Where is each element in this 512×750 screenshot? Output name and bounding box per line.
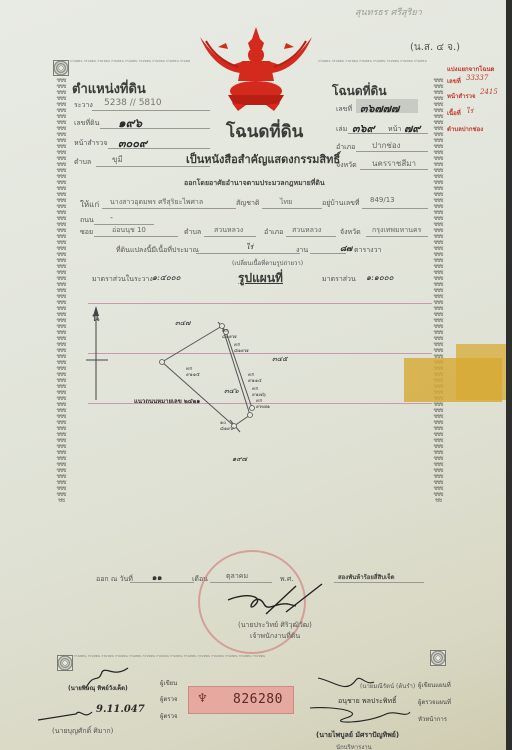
ngan-label: งาน: [296, 245, 308, 256]
owner-tambon-value: สวนหลวง: [214, 225, 243, 236]
neighbor-parcel-3: ๑๙๗: [232, 454, 247, 465]
footer-right-role3: หัวหน้าการ: [418, 714, 447, 724]
serial-stamp: ♆ 826280: [188, 686, 294, 714]
form-code: (น.ส. ๔ จ.): [410, 40, 460, 55]
side-register-label4: เนื้อที่: [447, 108, 461, 118]
corner-rosette-br: [430, 650, 446, 666]
map-scale-value: ๑:๑๐๐๐: [366, 271, 394, 284]
day-underline: [130, 582, 194, 583]
document-title: โฉนดที่ดิน: [226, 118, 303, 145]
footer-left-role3: ผู้ตรวจ: [160, 711, 178, 721]
area-wa-value: ๘๗: [340, 242, 352, 255]
owner-province-underline: [366, 236, 428, 237]
map-marker-7: ๑๐๘๑๙๙: [220, 420, 234, 432]
footer-left-role2: ผู้ตรวจ: [160, 694, 178, 704]
house-no-value: 849/13: [370, 196, 395, 204]
corner-rosette-bl: [57, 655, 73, 671]
rawang-underline: [92, 110, 210, 111]
yellow-tape-2: [456, 344, 506, 400]
footer-right-role2: ผู้ตรวจแผนที่: [418, 697, 451, 707]
road-label: ถนน: [80, 215, 94, 226]
land-no-label: เลขที่ดิน: [74, 118, 99, 129]
rawang-value: 5238 // 5810: [104, 98, 162, 108]
side-register-label3: หน้าสำรวจ: [447, 91, 476, 101]
north-label: น: [92, 308, 100, 326]
amphoe-underline: [356, 151, 428, 152]
side-register-value3: 2415: [480, 88, 498, 96]
province-underline: [360, 169, 428, 170]
side-register-line1: แบ่งแยกจากโฉนด: [447, 64, 494, 74]
side-register-value2: 33337: [466, 74, 488, 82]
neighbor-parcel-1: ๓๔๗: [175, 318, 190, 329]
neighbor-parcel-2: ๓๔๕: [272, 354, 287, 365]
owner-amphoe-underline: [286, 236, 336, 237]
top-faint-note: สุนทรธร ศรีสุริยา: [355, 5, 422, 19]
signer-name: (นายประวิทย์ ศิริวุฒิวัฒ): [238, 620, 312, 631]
scan-edge: [506, 0, 512, 750]
rawang-scale-label: มาตราส่วนในระวาง: [92, 274, 153, 285]
issued-by: ออกโดยอาศัยอำนาจตามประมวลกฎหมายที่ดิน: [184, 178, 325, 189]
chief-signature: [306, 704, 416, 726]
corner-rosette-tl: [53, 60, 69, 76]
map-marker-3: ๓ก๙๑๑๕: [186, 366, 200, 378]
footer-left-role1: ผู้เขียน: [160, 678, 177, 688]
area-label: ที่ดินแปลงนี้มีเนื้อที่ประมาณ: [116, 245, 199, 256]
document-subtitle: เป็นหนังสือสำคัญแสดงกรรมสิทธิ์: [186, 150, 340, 168]
nationality-value: ไทย: [280, 197, 292, 208]
survey-page-value: ๓๐๐๙: [118, 134, 147, 152]
side-register-line5: ตำบลปากช่อง: [447, 124, 483, 134]
map-heading: รูปแผนที่: [238, 269, 283, 288]
garuda-emblem-icon: [198, 25, 314, 113]
owner-tambon-label: ตำบล: [184, 227, 201, 238]
deed-number-label: เลขที่: [336, 104, 352, 115]
location-heading: ตำแหน่งที่ดิน: [72, 78, 146, 99]
grant-label: ให้แก่: [80, 198, 99, 211]
land-no-value: ๑๙๖: [118, 114, 142, 133]
book-label: เล่ม: [336, 124, 347, 135]
map-marker-1: ๓ก๘๑๙๗: [222, 328, 236, 340]
owner-tambon-underline: [204, 236, 256, 237]
soi-label: ซอย: [80, 227, 93, 238]
area-note: (เปลี่ยนเนื้อที่ตามรูปถ่ายวา): [232, 258, 303, 268]
tambon-value: ขุมี: [112, 153, 123, 166]
guilloche-border-top-left: กรมที่ดิน กรมที่ดิน กรมที่ดิน กรมที่ดิน …: [70, 60, 190, 74]
footer-right-name1: (นายมณีรัตน์ (ต้นรำ): [360, 681, 415, 691]
soi-underline: [94, 236, 178, 237]
nationality-underline: [262, 208, 322, 209]
signer-title: เจ้าพนักงานที่ดิน: [250, 631, 300, 642]
footer-right-name3: (นายไพบูลย์ มัศราปัญทิพย์): [316, 730, 399, 741]
owner-province-label: จังหวัด: [340, 227, 361, 238]
guilloche-border-top-right: กรมที่ดิน กรมที่ดิน กรมที่ดิน กรมที่ดิน …: [318, 60, 428, 74]
shrine-emblem-icon: ♆: [197, 691, 208, 705]
road-value: -: [110, 213, 113, 222]
book-value: ๓๖๙: [352, 119, 375, 137]
owner-underline: [102, 208, 236, 209]
owner-amphoe-value: สวนหลวง: [292, 225, 321, 236]
survey-page-label: หน้าสำรวจ: [74, 138, 107, 149]
map-marker-2: ๓ก๘๑๙๗: [234, 342, 248, 354]
wa-label: ตารางวา: [354, 245, 381, 256]
rawang-scale-value: ๑:๔๐๐๐: [152, 271, 180, 284]
house-no-label: อยู่บ้านเลขที่: [322, 198, 360, 209]
map-marker-5: ๓ก๙๑๗๖: [252, 386, 266, 398]
nationality-label: สัญชาติ: [236, 198, 259, 209]
rawang-label: ระวาง: [74, 100, 93, 111]
page-value: ๗๙: [404, 119, 420, 137]
map-scale-label: มาตราส่วน: [322, 274, 356, 285]
soi-value: อ่อนนุช 10: [112, 225, 146, 236]
tambon-label: ตำบล: [74, 157, 91, 168]
owner-name: นางสาวอุดมพร ศรีสุริยะไพศาล: [110, 197, 203, 208]
map-marker-6: ๓ก๙๓๗๑: [256, 398, 270, 410]
book-underline: [348, 133, 428, 134]
footer-left-name2: (นายบุญศักดิ์ ศิมาก): [52, 726, 113, 737]
year-underline: [334, 582, 424, 583]
land-title-deed: สุนทรธร ศรีสุริยา (น.ส. ๔ จ.) กรมที่ดิน …: [0, 0, 506, 750]
house-no-underline: [362, 208, 428, 209]
footer-right-role4: นักบริหารงาน: [336, 742, 372, 750]
officer-signature: [226, 582, 336, 618]
footer-sign-date: 9.11.047: [96, 704, 145, 715]
owner-province-value: กรุงเทพมหานคร: [372, 225, 421, 236]
side-register-value4: ไร่: [466, 106, 473, 117]
road-reference-label: แนวถนนหมายเลข ๒๔๒๑: [134, 396, 200, 406]
parcel-label: ๓๔๖: [224, 386, 239, 397]
deed-number-value: ๓๖๗๗๗: [360, 99, 399, 117]
guilloche-border-left: ชชชชชชชชชชชชชชชชชชชชชชชชชชชชชชชชชชชชชชชช…: [55, 78, 67, 653]
land-no-underline: [100, 128, 210, 129]
checker-signature: [36, 706, 96, 722]
survey-page-underline: [108, 148, 210, 149]
officer-mark: สองพันห้าร้อยสี่สิบเจ็ด: [338, 572, 395, 582]
area-rai-underline: [196, 253, 300, 254]
map-marker-4: ๓ก๙๑๑๔: [248, 372, 262, 384]
area-rai-value: ไร่: [246, 242, 253, 253]
side-register-label2: เลขที่: [447, 76, 461, 86]
owner-amphoe-label: อำเภอ: [264, 227, 283, 238]
footer-left-name1: (นายพิษณุ ทิพย์วังเค็ด): [68, 683, 128, 693]
issued-date-label: ออก ณ วันที่: [96, 574, 133, 585]
serial-number: 826280: [233, 692, 283, 707]
footer-right-role1: ผู้เขียนแผนที่: [418, 680, 451, 690]
